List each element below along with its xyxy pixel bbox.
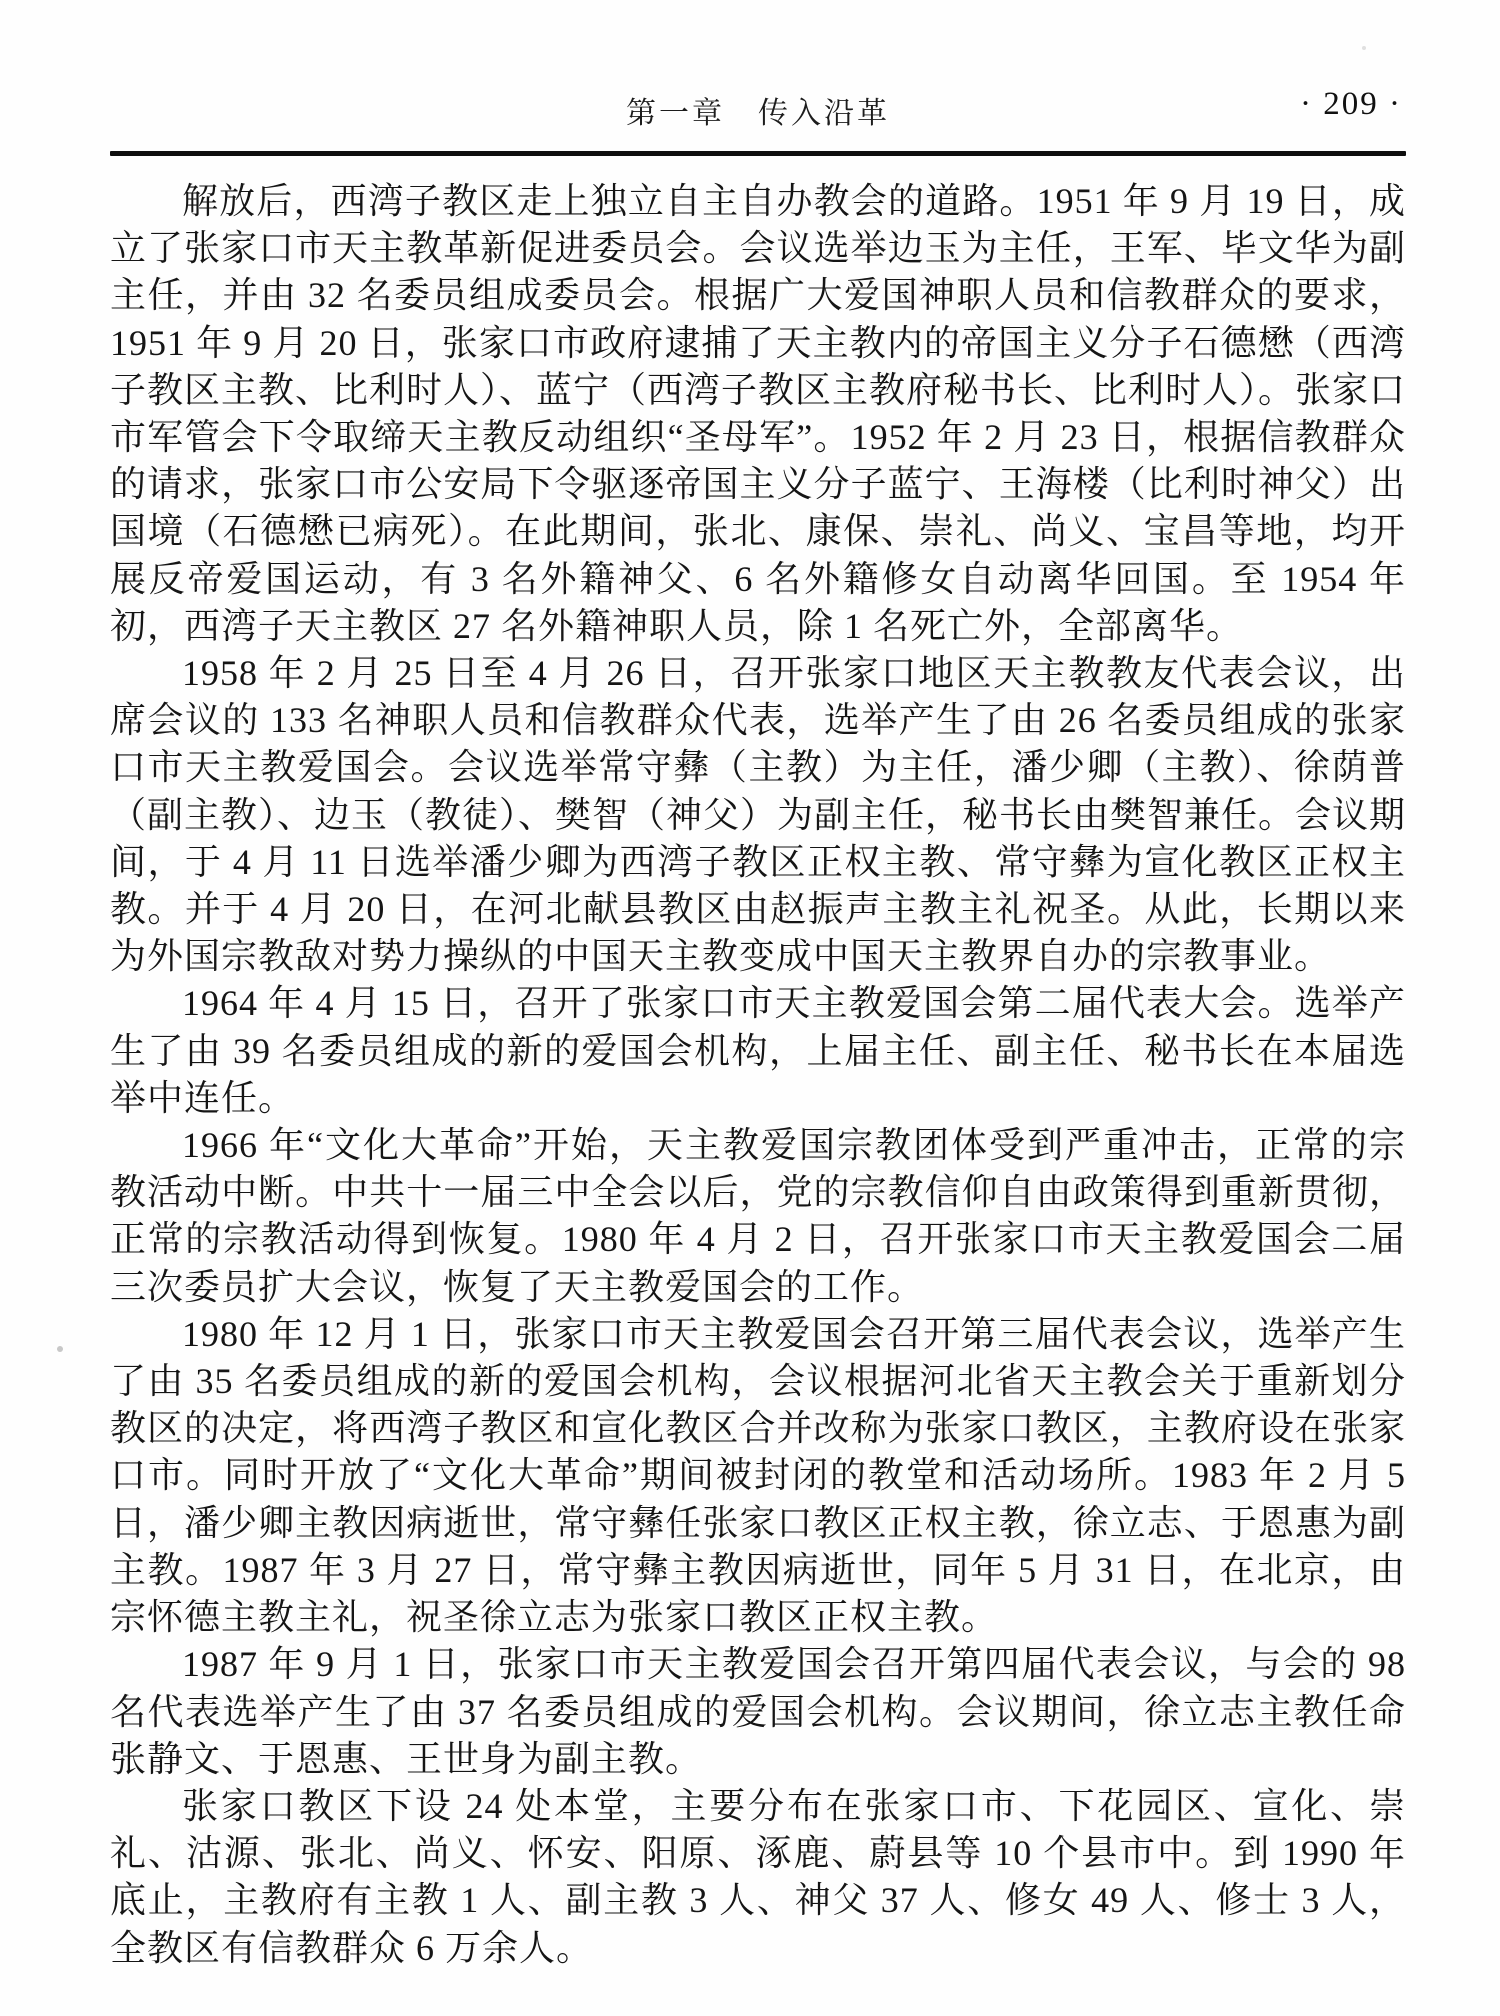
page-body: 解放后，西湾子教区走上独立自主自办教会的道路。1951 年 9 月 19 日，成…	[110, 178, 1406, 1972]
body-paragraph: 张家口教区下设 24 处本堂，主要分布在张家口市、下花园区、宣化、崇礼、沽源、张…	[110, 1783, 1406, 1972]
running-head: 第一章 传入沿革 · 209 ·	[110, 88, 1406, 132]
scan-speck	[57, 1346, 63, 1352]
scanned-book-page: 第一章 传入沿革 · 209 · 解放后，西湾子教区走上独立自主自办教会的道路。…	[0, 0, 1500, 2016]
body-paragraph: 1958 年 2 月 25 日至 4 月 26 日，召开张家口地区天主教教友代表…	[110, 650, 1406, 980]
body-paragraph: 1980 年 12 月 1 日，张家口市天主教爱国会召开第三届代表会议，选举产生…	[110, 1311, 1406, 1641]
body-paragraph: 1966 年“文化大革命”开始，天主教爱国宗教团体受到严重冲击，正常的宗教活动中…	[110, 1122, 1406, 1311]
body-paragraph: 1964 年 4 月 15 日，召开了张家口市天主教爱国会第二届代表大会。选举产…	[110, 980, 1406, 1122]
scan-speck	[1188, 903, 1193, 907]
scan-speck	[1362, 46, 1366, 50]
body-paragraph: 解放后，西湾子教区走上独立自主自办教会的道路。1951 年 9 月 19 日，成…	[110, 178, 1406, 650]
page-number: · 209 ·	[1300, 86, 1402, 123]
body-paragraph: 1987 年 9 月 1 日，张家口市天主教爱国会召开第四届代表会议，与会的 9…	[110, 1641, 1406, 1783]
chapter-title: 第一章 传入沿革	[110, 88, 1406, 132]
header-rule	[110, 151, 1406, 156]
